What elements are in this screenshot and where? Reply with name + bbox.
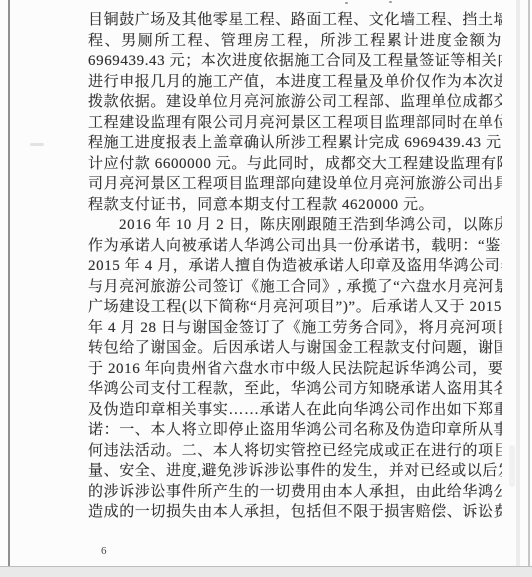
page-bottom-edge-band [0,566,532,577]
text-line: 的涉诉涉讼事件所产生的一切费用由本人承担，由此给华鸿公司 [88,482,502,503]
text-line-paragraph-end: 程款支付证书，同意本期支付工程款 4620000 元。 [88,195,502,216]
text-line: 造成的一切损失由本人承担，包括但不限于损害赔偿、诉讼费、 [88,502,502,523]
document-body-text: 目铜鼓广场及其他零星工程、路面工程、文化墙工程、挡土墙工 程、男厕所工程、管理房… [88,10,502,523]
text-line: 广场建设工程(以下简称“月亮河项目”)”。后承诺人又于 2015 [88,297,502,318]
text-line-paragraph-start: 2016 年 10 月 2 日，陈庆刚跟随王浩到华鸿公司，以陈庆刚 [88,215,502,236]
page-right-edge-line [528,0,530,567]
text-line: 6969439.43 元；本次进度依据施工合同及工程量签证等相关内容 [88,51,502,72]
text-line: 于 2016 年向贵州省六盘水市中级人民法院起诉华鸿公司，要求 [88,359,502,380]
scanned-document-page: 目铜鼓广场及其他零星工程、路面工程、文化墙工程、挡土墙工 程、男厕所工程、管理房… [0,0,532,577]
text-line: 年 4 月 28 日与谢国金签订了《施工劳务合同》，将月亮河项目： [88,318,502,339]
page-left-edge-line [8,0,10,566]
page-right-shadow [516,0,520,566]
text-line: 华鸿公司支付工程款，至此，华鸿公司方知晓承诺人盗用其名称 [88,379,502,400]
scan-smudge [509,445,515,487]
scan-speck [389,1,392,3]
text-line: 2015 年 4 月，承诺人擅自伪造被承诺人印章及盗用华鸿公司名称 [88,256,502,277]
text-line: 量、安全、进度,避免涉诉涉讼事件的发生，并对已经或以后发生 [88,461,502,482]
text-line: 程施工进度报表上盖章确认所涉工程累计完成 6969439.43 元,累 [88,133,502,154]
scan-speck [345,2,348,4]
text-line: 及伪造印章相关事实……承诺人在此向华鸿公司作出如下郑重承 [88,400,502,421]
text-line: 程、男厕所工程、管理房工程，所涉工程累计进度金额为 [88,31,502,52]
text-line: 拨款依据。建设单位月亮河旅游公司工程部、监理单位成都交大 [88,92,502,113]
text-line: 工程建设监理有限公司月亮河景区工程项目监理部同时在单位工 [88,113,502,134]
text-line: 作为承诺人向被承诺人华鸿公司出具一份承诺书，载明：“鉴于： [88,236,502,257]
text-line: 进行申报几月的施工产值，本进度工程量及单价仅作为本次进度 [88,72,502,93]
text-line: 与月亮河旅游公司签订《施工合同》, 承揽了“六盘水月亮河景区 [88,277,502,298]
scan-smudge [30,143,44,146]
text-line: 计应付款 6600000 元。与此同时，成都交大工程建设监理有限公 [88,154,502,175]
text-line: 转包给了谢国金。后因承诺人与谢国金工程款支付问题，谢国金 [88,338,502,359]
text-line: 诺：一、本人将立即停止盗用华鸿公司名称及伪造印章所从事的任 [88,420,502,441]
text-line: 司月亮河景区工程项目监理部向建设单位月亮河旅游公司出具工 [88,174,502,195]
text-line: 目铜鼓广场及其他零星工程、路面工程、文化墙工程、挡土墙工 [88,10,502,31]
text-line: 何违法活动。二、本人将切实管控已经完成或正在进行的项目质 [88,441,502,462]
page-number: 6 [101,545,107,557]
